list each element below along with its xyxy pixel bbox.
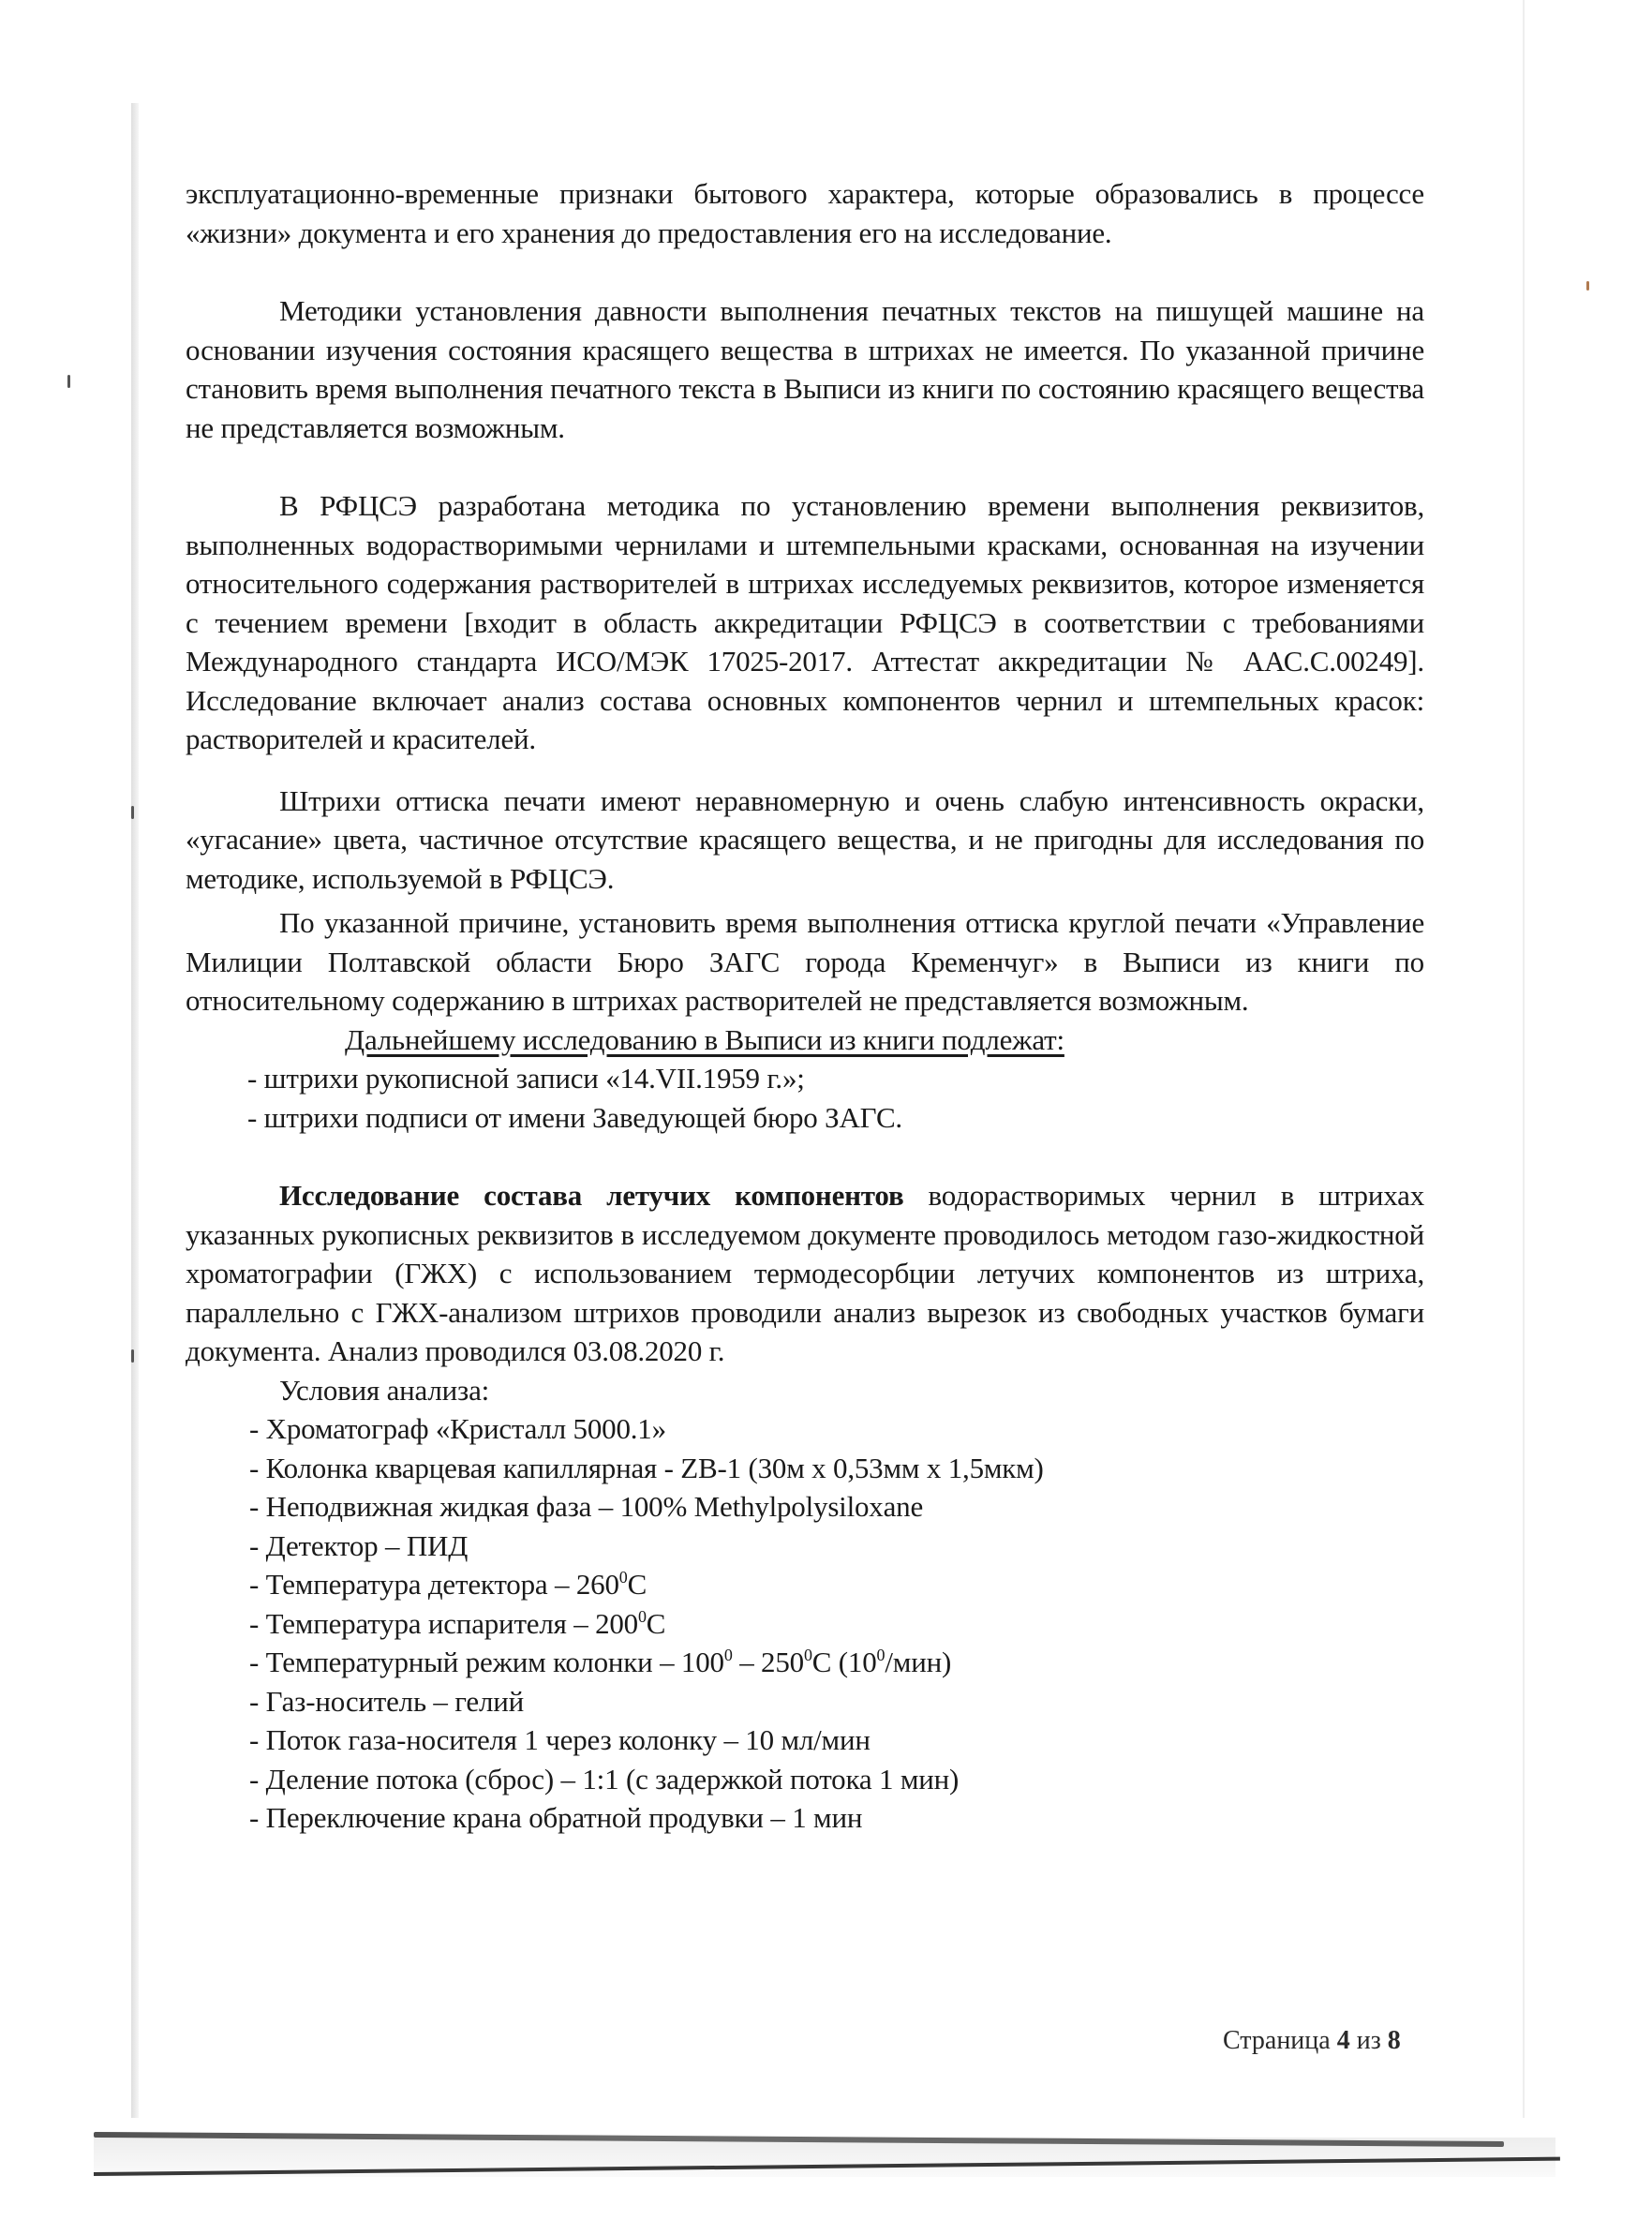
page-of: из — [1357, 2026, 1381, 2055]
condition-text: - Температурный режим колонки – 100 — [249, 1646, 724, 1678]
condition-item: - Переключение крана обратной продувки –… — [186, 1798, 1424, 1838]
degree-superscript: 0 — [724, 1646, 733, 1664]
condition-item: - Детектор – ПИД — [186, 1527, 1424, 1566]
condition-text: – 250 — [733, 1646, 804, 1678]
condition-item: - Хроматограф «Кристалл 5000.1» — [186, 1409, 1424, 1449]
conditions-title: Условия анализа: — [186, 1371, 1424, 1410]
scan-left-shadow — [131, 103, 139, 2118]
condition-unit: /мин) — [885, 1646, 951, 1678]
volatile-study-bold-lead: Исследование состава летучих компонентов — [279, 1179, 903, 1212]
paragraph-continuation: эксплуатационно-временные признаки бытов… — [186, 174, 1424, 252]
page-label: Страница — [1223, 2026, 1331, 2055]
scan-right-edge — [1523, 0, 1525, 2118]
conditions-list: - Хроматограф «Кристалл 5000.1» - Колонк… — [186, 1409, 1424, 1838]
page-number: Страница 4 из 8 — [1223, 2026, 1401, 2056]
condition-item: - Температура детектора – 2600С — [186, 1565, 1424, 1604]
document-body: эксплуатационно-временные признаки бытов… — [186, 174, 1424, 1838]
scan-mark — [1586, 281, 1589, 291]
scan-mark — [131, 1349, 134, 1363]
page-current: 4 — [1337, 2026, 1350, 2055]
paragraph-volatile-study: Исследование состава летучих компонентов… — [186, 1176, 1424, 1371]
paragraph-typewriter-method: Методики установления давности выполнени… — [186, 291, 1424, 447]
condition-item: - Неподвижная жидкая фаза – 100% Methylp… — [186, 1487, 1424, 1527]
condition-text: С (10 — [812, 1646, 877, 1678]
condition-unit: С — [628, 1568, 647, 1601]
further-research-heading: Дальнейшему исследованию в Выписи из кни… — [186, 1021, 1424, 1060]
condition-text: - Температура детектора – 260 — [249, 1568, 619, 1601]
degree-superscript: 0 — [638, 1607, 647, 1626]
page-total: 8 — [1388, 2026, 1401, 2055]
condition-text: - Температура испарителя – 200 — [249, 1607, 638, 1640]
condition-item: - Температура испарителя – 2000С — [186, 1604, 1424, 1644]
paragraph-rfcse-method: В РФЦСЭ разработана методика по установл… — [186, 486, 1424, 759]
condition-item: - Газ-носитель – гелий — [186, 1682, 1424, 1721]
condition-item: - Колонка кварцевая капиллярная - ZB-1 (… — [186, 1449, 1424, 1488]
scan-mark — [131, 806, 134, 819]
condition-item: - Поток газа-носителя 1 через колонку – … — [186, 1721, 1424, 1760]
condition-item: - Температурный режим колонки – 1000 – 2… — [186, 1643, 1424, 1682]
further-research-list: - штрихи рукописной записи «14.VII.1959 … — [186, 1059, 1424, 1137]
list-item: - штрихи рукописной записи «14.VII.1959 … — [186, 1059, 1424, 1098]
condition-item: - Деление потока (сброс) – 1:1 (с задерж… — [186, 1760, 1424, 1799]
paragraph-stamp-conclusion: По указанной причине, установить время в… — [186, 903, 1424, 1021]
degree-superscript: 0 — [804, 1646, 812, 1664]
condition-unit: С — [647, 1607, 665, 1640]
paragraph-stamp-strokes: Штрихи оттиска печати имеют неравномерну… — [186, 782, 1424, 899]
degree-superscript: 0 — [619, 1568, 628, 1587]
scan-mark — [67, 375, 70, 388]
list-item: - штрихи подписи от имени Заведующей бюр… — [186, 1098, 1424, 1138]
